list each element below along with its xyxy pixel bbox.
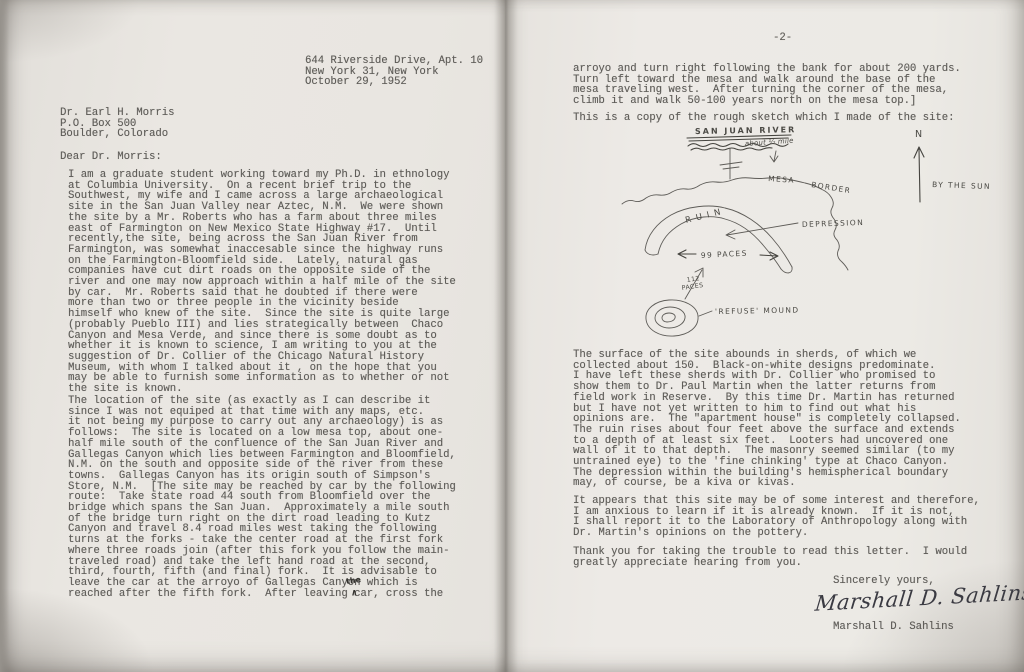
closing-valediction: Sincerely yours, bbox=[833, 576, 935, 587]
scanned-letter: 644 Riverside Drive, Apt. 10 New York 31… bbox=[0, 0, 1024, 672]
paragraph-directions-continued: arroyo and turn right following the bank… bbox=[573, 64, 961, 107]
sketch-label-about-half-mile: about ½ mile bbox=[745, 137, 794, 148]
half-mile-marker: about ½ mile bbox=[720, 137, 794, 179]
sketch-label-ruin: RUIN bbox=[684, 206, 726, 226]
paces-distance-measure: 112 PACES bbox=[681, 268, 704, 299]
north-arrow: N BY THE SUN bbox=[914, 129, 991, 202]
paragraph-thanks: Thank you for taking the trouble to read… bbox=[573, 547, 967, 568]
page-number: -2- bbox=[773, 33, 792, 44]
typed-signature-name: Marshall D. Sahlins bbox=[833, 622, 954, 633]
recipient-address: Dr. Earl H. Morris P.O. Box 500 Boulder,… bbox=[60, 108, 174, 140]
sketch-label-depression: DEPRESSION bbox=[802, 218, 865, 229]
sketch-label-by-the-sun: BY THE SUN bbox=[932, 180, 991, 191]
sketch-label-112-paces: PACES bbox=[681, 282, 704, 292]
ruin-outline: RUIN bbox=[645, 206, 792, 273]
depression-pointer: DEPRESSION bbox=[726, 218, 864, 239]
sender-address: 644 Riverside Drive, Apt. 10 New York 31… bbox=[305, 56, 483, 88]
sketch-label-mesa: MESA bbox=[768, 174, 795, 185]
sketch-label-refuse-mound: 'REFUSE' MOUND bbox=[715, 306, 800, 316]
paces-width-measure: 99 PACES bbox=[678, 249, 778, 260]
insertion-caret-mark: ∧ bbox=[351, 587, 358, 598]
salutation: Dear Dr. Morris: bbox=[60, 152, 162, 163]
paragraph-intro: I am a graduate student working toward m… bbox=[68, 170, 456, 395]
paragraph-directions: The location of the site (as exactly as … bbox=[68, 396, 456, 599]
site-sketch-drawing: SAN JUAN RIVER about ½ mile N BY THE SUN bbox=[565, 123, 1020, 351]
sketch-label-border: BORDER bbox=[811, 180, 852, 195]
sketch-label-99-paces: 99 PACES bbox=[701, 249, 748, 260]
paragraph-interest: It appears that this site may be of some… bbox=[573, 496, 980, 539]
letter-page-1: 644 Riverside Drive, Apt. 10 New York 31… bbox=[0, 0, 505, 672]
refuse-mound-feature: 'REFUSE' MOUND bbox=[646, 300, 800, 336]
sketch-label-san-juan-river: SAN JUAN RIVER bbox=[695, 125, 796, 136]
paragraph-sherds: The surface of the site abounds in sherd… bbox=[573, 350, 961, 489]
sketch-label-north: N bbox=[915, 129, 924, 140]
letter-page-2: -2- arroyo and turn right following the … bbox=[505, 0, 1024, 672]
